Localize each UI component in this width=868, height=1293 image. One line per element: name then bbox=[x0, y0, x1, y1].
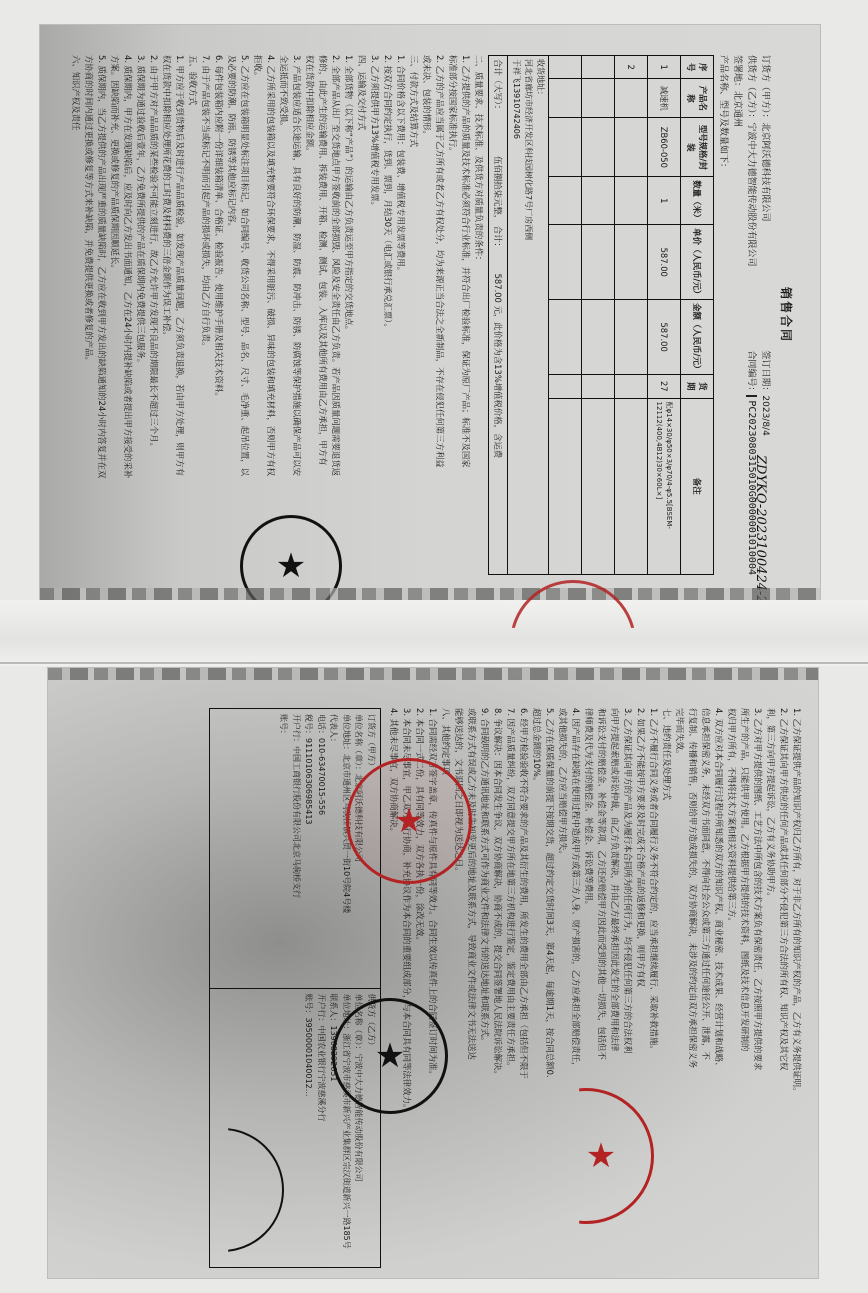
clause-line: 2. 乙方保证其向甲方供应的任何产品或其任何部分不侵犯第三方合法的所有权、知识产… bbox=[777, 708, 790, 1268]
total-note: 元，此价格为含13%增值税价格，含运费 bbox=[493, 306, 503, 459]
seal-star-icon: ★ bbox=[276, 549, 306, 583]
clause-line: 权在货款中扣除相应处理所花费的工时费及材料费的三倍金额作为误工补偿。 bbox=[160, 55, 173, 575]
table-cell bbox=[582, 300, 615, 375]
clause-line: 1. 全部货物（以下称“产品”）的运输由乙方负责运至甲方指定的交货地点。 bbox=[342, 55, 355, 575]
clause-line: 2. 由于甲方对产品品质的某些检验不可能立刻进行，故乙方允许甲方发现不良品的期限… bbox=[147, 55, 160, 575]
product-table: 序号 产品名称 型号规格/封装 数量（米） 单价（人民币/元） 金额（人民币/元… bbox=[488, 55, 714, 575]
clause-line: 七、违约责任及处理方式 bbox=[660, 708, 673, 1268]
buyer-party: 订货方（甲方）：北京阿沃德科技有限公司 bbox=[758, 55, 772, 267]
table-cell: 减速机 bbox=[648, 79, 681, 118]
clause-line: 5. 乙方应在包装箱明显处标注项目标记，如合同编号、收货公司名称、型号、品名、尺… bbox=[238, 55, 251, 575]
clause-line: 2. 按双方合同约定执行，货到、票到，月结30天（电汇或银行承兑汇票）。 bbox=[381, 55, 394, 575]
table-cell bbox=[549, 79, 582, 118]
table-row bbox=[582, 56, 615, 575]
table-cell bbox=[615, 398, 648, 574]
address-row: 收货地址： 河北省廊坊市经济开发区科技园树化路7号厂房西侧 于祥飞1391074… bbox=[508, 56, 549, 575]
party-detail: 账号：39500001040012... bbox=[302, 994, 315, 1263]
sign-date-label: 签订日期： bbox=[760, 350, 770, 395]
clause-line: 1. 甲方应于收到货物后及时进行产品品质检验，如发现产品质量问题，乙方须负责退换… bbox=[173, 55, 186, 575]
table-cell bbox=[582, 118, 615, 177]
clause-line: 五、验收方式 bbox=[186, 55, 199, 575]
clause-line: 或联系方式有误或乙方未及时告知变更后的地址及联系方式，导致商业文件或法律文书无法… bbox=[465, 708, 478, 1268]
table-cell bbox=[582, 79, 615, 118]
table-cell bbox=[582, 225, 615, 300]
clause-line: 拒收。 bbox=[251, 55, 264, 575]
party-detail: 电话：010-63470015-556 bbox=[315, 714, 328, 983]
seller-contract-seal: ★ bbox=[332, 998, 448, 1114]
table-row bbox=[549, 56, 582, 575]
clause-line: 1. 乙方提供的产品的质量及技术标准必须符合行业标准，并符合出厂检验标准，保证为… bbox=[459, 55, 472, 575]
clause-line: 方协商的时间内通过更换或修复等方式来补缺陷，并免费提供更换或者修复的产品。 bbox=[82, 55, 95, 575]
clause-line: 权归甲方所有，不得将技术方案和相关资料提供给第三方。 bbox=[725, 708, 738, 1268]
clause-line: 7. 因产品质量纠纷，双方同意提交甲方所在地第三方机构进行鉴定，鉴定费用由主要责… bbox=[504, 708, 517, 1268]
handwritten-reference: ZDYKQ-2023100424-2 bbox=[753, 455, 768, 604]
total-sum-label: 合计： bbox=[493, 226, 503, 251]
table-cell: ZB60-050 bbox=[648, 118, 681, 177]
clause-line: 或未决、包装的情形。 bbox=[420, 55, 433, 575]
table-cell bbox=[549, 225, 582, 300]
clause-line: 1. 乙方保证提供产品的知识产权归乙方所有，对于非乙方所有的知识产权的产品，乙方… bbox=[790, 708, 803, 1268]
clause-line: 标准部分按国家标准执行。 bbox=[446, 55, 459, 575]
table-cell: 配φ14×30/φ50×3/φ70/4-φ5.5[BSEM-12112(400,… bbox=[648, 398, 681, 574]
party-detail: 开户行：中国工商银行股份有限公司北京马驹桥支行 bbox=[290, 714, 303, 983]
clause-line: 5. 质保期内，当乙方提供的产品出现严重的质量缺陷时，乙方应在收到甲方发出的缺陷… bbox=[95, 55, 108, 575]
col-header: 数量（米） bbox=[681, 177, 714, 225]
table-cell bbox=[615, 118, 648, 177]
party-detail: 单位地址：北京市通州区马驹桥镇兴贸一街10号院4号楼 bbox=[340, 714, 353, 983]
table-cell bbox=[549, 118, 582, 177]
table-cell bbox=[582, 56, 615, 79]
col-header: 型号规格/封装 bbox=[681, 118, 714, 177]
contract-page-1: 销售合同 订货方（甲方）：北京阿沃德科技有限公司 供货方（乙方）：宁波中大力德智… bbox=[40, 25, 820, 600]
clause-line: 4. 质保期内，甲方在发现缺陷后，应及时向乙方发出书面通知，乙方在24小时内提补… bbox=[121, 55, 134, 575]
total-upper: 伍佰捌拾柒元整 bbox=[493, 156, 503, 215]
table-cell: 587.00 bbox=[648, 300, 681, 375]
clause-line: 6. 经甲方检验验收不符合要求的产品及其衍生的费用，所发生的费用全部由乙方承担（… bbox=[517, 708, 530, 1268]
clause-line: 完毕而失效。 bbox=[673, 708, 686, 1268]
col-header: 序号 bbox=[681, 56, 714, 79]
product-intro: 产品名称、型号及数量如下： bbox=[716, 55, 730, 267]
table-header-row: 序号 产品名称 型号规格/封装 数量（米） 单价（人民币/元） 金额（人民币/元… bbox=[681, 56, 714, 575]
page-1-content: 销售合同 订货方（甲方）：北京阿沃德科技有限公司 供货方（乙方）：宁波中大力德智… bbox=[95, 55, 795, 575]
clause-line: 2. 乙方的产品应当属于乙方所有或者乙方有权处分，均为来源正当合法之全新制品，不… bbox=[433, 55, 446, 575]
col-header: 备注 bbox=[681, 398, 714, 574]
page-title: 销售合同 bbox=[778, 55, 795, 575]
table-cell bbox=[549, 177, 582, 225]
total-label: 合计（大写）： bbox=[493, 59, 503, 113]
table-cell: 2 bbox=[615, 56, 648, 79]
address-label: 收货地址： bbox=[536, 59, 545, 99]
table-cell bbox=[549, 375, 582, 398]
page-edge bbox=[40, 588, 820, 600]
col-header: 单价（人民币/元） bbox=[681, 225, 714, 300]
clause-line: 超过总金额的10%。 bbox=[530, 708, 543, 1268]
clause-line: 三、付款方式及结算方式 bbox=[407, 55, 420, 575]
clause-line: 5. 乙方在保质保量的前提下按期交货，超过约定交货时间3天，第4天起，每逾期1天… bbox=[543, 708, 556, 1268]
clause-line: 六、知识产权及责任 bbox=[69, 55, 82, 575]
clause-line: 1. 乙方不履行合同义务或者合同履行义务不符合约定的，应当承担继续履行、采取补救… bbox=[647, 708, 660, 1268]
seal-star-icon: ★ bbox=[375, 1039, 405, 1073]
table-cell bbox=[549, 398, 582, 574]
table-cell bbox=[582, 398, 615, 574]
clause-line: 3. 产品包装应适合长途运输，具有良好的防潮、防湿、防震、防冲击、防锈、防腐蚀等… bbox=[290, 55, 303, 575]
col-header: 金额（人民币/元） bbox=[681, 300, 714, 375]
table-cell: 1 bbox=[648, 177, 681, 225]
col-header: 货期 bbox=[681, 375, 714, 398]
sign-place: 签署地：北京通州 bbox=[730, 55, 744, 267]
clause-line: 及必要的防潮、防雨、防锈等其他应标记内容。 bbox=[225, 55, 238, 575]
table-cell bbox=[582, 177, 615, 225]
total-row: 合计（大写）： 伍佰捌拾柒元整， 合计： 587.00 元，此价格为含13%增值… bbox=[489, 56, 508, 575]
table-cell bbox=[549, 56, 582, 79]
clause-line: 8. 争议解决：因本合同发生争议，双方协商解决，协商不成的，提交合同签署地人民法… bbox=[491, 708, 504, 1268]
table-row: 1减速机ZB60-0501587.00587.0027配φ14×30/φ50×3… bbox=[648, 56, 681, 575]
clause-line: 2. 全部产品从出厂至交货地点甲方签收前的全部损毁、风险及安全责任由乙方负责。若… bbox=[329, 55, 342, 575]
clause-line: 4. 乙方所采用的包装箱以及填充物要符合环保要求，不得采用脏污、破损、异味的包装… bbox=[264, 55, 277, 575]
paper-fold-gap bbox=[0, 600, 868, 666]
total-amount: 587.00 bbox=[493, 274, 503, 303]
clause-line: 3. 乙方须提供甲方13%增值税专用发票。 bbox=[368, 55, 381, 575]
delivery-address: 河北省廊坊市经济开发区科技园树化路7号厂房西侧 bbox=[524, 59, 533, 240]
clause-line: 四、运输及交付方式 bbox=[355, 55, 368, 575]
clause-line: 权在货款中扣除相应金额。 bbox=[303, 55, 316, 575]
table-cell bbox=[615, 225, 648, 300]
table-cell: 1 bbox=[648, 56, 681, 79]
party-detail: 账号： bbox=[277, 714, 290, 983]
clause-line: 行复制、传播和销售，否则给甲方造成损失的，双方协商解决，未涉及的约定由双方承担保… bbox=[686, 708, 699, 1268]
seller-party: 供货方（乙方）：宁波中大力德智能传动股份有限公司 bbox=[744, 55, 758, 267]
delivery-contact: 于祥飞13910742406 bbox=[512, 59, 521, 139]
clause-line: 信息承担保密义务，未经双方书面同意，不得向社会公众或第三方通过任何途径公开、泄露… bbox=[699, 708, 712, 1268]
clause-line: 或其他损失的，乙方应当赔偿甲方损失。 bbox=[556, 708, 569, 1268]
contract-page-2: 1. 乙方保证提供产品的知识产权归乙方所有，对于非乙方所有的知识产权的产品，乙方… bbox=[48, 668, 818, 1278]
clause-line: 7. 由于产品包装不当或标记不明而引起产品的损坏或损失，均由乙方自行负责。 bbox=[199, 55, 212, 575]
clause-line: 1. 合同价格含以下费用：包装费、增值税专用发票等费用。 bbox=[394, 55, 407, 575]
clause-line: 9. 合同载明的乙方通讯地址和联系方式可作为商业文件和法律文书的送达地址和联系方… bbox=[478, 708, 491, 1268]
clause-line: 6. 每件包装箱内应附一份详细装箱清单、合格证、检验报告、使用维护手册及相关技术… bbox=[212, 55, 225, 575]
party-detail: 代表人： bbox=[327, 714, 340, 983]
table-cell bbox=[615, 177, 648, 225]
seal-star-icon: ★ bbox=[394, 804, 424, 838]
clause-line: 利，第三方向甲方提起诉讼，乙方有义务协助甲方。 bbox=[764, 708, 777, 1268]
clause-line: 修的，由此产生的运输费用、拆装费用、开箱、检测、测试、包装、入库以及其他所有费用… bbox=[316, 55, 329, 575]
table-cell: 587.00 bbox=[648, 225, 681, 300]
table-cell bbox=[615, 300, 648, 375]
clause-line: 3. 乙方对甲方提供的图纸、工艺方法中所包含的技术方案负有保密责任，乙方按照甲方… bbox=[751, 708, 764, 1268]
clause-line: 二、质量要求、技术标准、及供货方对质量负责的条件： bbox=[472, 55, 485, 575]
seal-star-icon: ★ bbox=[586, 1139, 616, 1173]
table-cell bbox=[615, 79, 648, 118]
contract-no-label: 合同编号： bbox=[746, 350, 756, 395]
clause-line: 方案。因缺陷而补充、更换或修复的产品质保期因顺延长。 bbox=[108, 55, 121, 575]
page-edge bbox=[48, 668, 818, 680]
col-header: 产品名称 bbox=[681, 79, 714, 118]
party-detail: 开户行：中国农业银行宁波慈溪分行 bbox=[315, 994, 328, 1263]
terms-section: 二、质量要求、技术标准、及供货方对质量负责的条件：1. 乙方提供的产品的质量及技… bbox=[69, 55, 485, 575]
clause-line: 4. 双方应对本合同履行过程中所知悉的双方的知识产权、商业秘密、技术成果、经营计… bbox=[712, 708, 725, 1268]
clause-line: 3. 质保期为通过验收后壹年，乙方免费所提供的产品在质保期内免费提供三包服务。 bbox=[134, 55, 147, 575]
table-cell bbox=[582, 375, 615, 398]
buyer-contract-seal: ★ bbox=[346, 758, 472, 884]
sign-date: 2023/8/4 bbox=[760, 395, 770, 435]
party-detail: 税号：91110106306985413 bbox=[302, 714, 315, 983]
clause-line: 全运抵而不致受损。 bbox=[277, 55, 290, 575]
table-cell: 27 bbox=[648, 375, 681, 398]
table-cell bbox=[615, 375, 648, 398]
clause-line: 所生产的产品，只能供甲方使用。乙方根据甲方提供的技术资料，图纸及技术信息开发研制… bbox=[738, 708, 751, 1268]
table-row: 2 bbox=[615, 56, 648, 575]
table-cell bbox=[549, 300, 582, 375]
